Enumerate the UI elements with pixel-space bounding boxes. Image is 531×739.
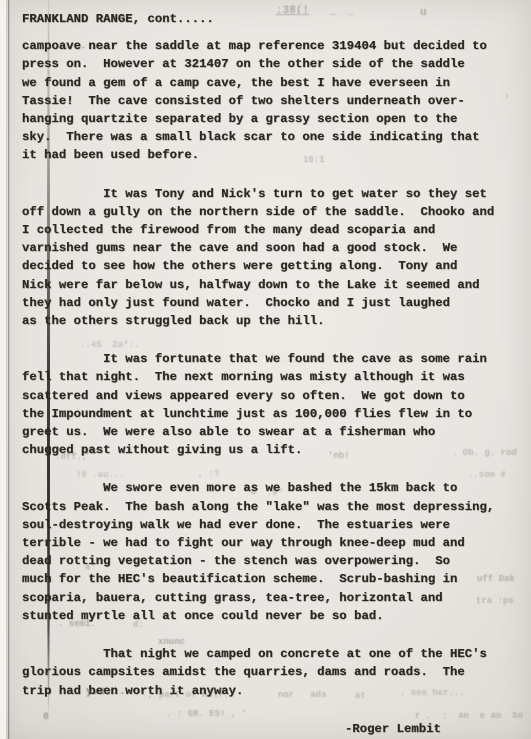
paragraph: campoave near the saddle at map referenc… <box>22 37 514 164</box>
text-line: fell that night. The next morning was mi… <box>22 368 514 386</box>
author-signature: -Roger Lembit <box>345 720 514 738</box>
text-line: decided to see how the others were getti… <box>22 257 514 275</box>
text-line: Nick were far below us, halfway down to … <box>22 276 514 294</box>
page-title: FRANKLAND RANGE, cont..... <box>22 10 514 28</box>
paragraph: It was Tony and Nick's turn to get water… <box>22 185 514 331</box>
text-line: I collected the firewood from the many d… <box>22 221 514 239</box>
text-line: Tassie! The cave consisted of two shelte… <box>22 92 514 110</box>
text-line: scoparia, bauera, cutting grass, tea-tre… <box>22 589 514 607</box>
text-line: trip had been worth it anyway. <box>22 682 514 700</box>
text-line: as the others struggled back up the hill… <box>22 312 514 330</box>
text-line: scattered and views appeared every so of… <box>22 387 514 405</box>
text-line: hanging quartzite separated by a grassy … <box>22 110 514 128</box>
text-line: press on. However at 321407 on the other… <box>22 55 514 73</box>
text-line: sky. There was a small black scar to one… <box>22 128 514 146</box>
document-text: FRANKLAND RANGE, cont..... campoave near… <box>22 10 514 738</box>
paragraph: That night we camped on concrete at one … <box>22 645 514 700</box>
text-line: dead rotting vegetation - the stench was… <box>22 552 514 570</box>
text-line: much for the HEC's beautification scheme… <box>22 570 514 588</box>
text-line: terrible - we had to fight our way throu… <box>22 534 514 552</box>
document-body: campoave near the saddle at map referenc… <box>22 37 514 700</box>
paragraph: It was fortunate that we found the cave … <box>22 350 514 459</box>
scan-edge-line <box>8 0 9 739</box>
page-left-edge <box>0 0 7 739</box>
text-line: campoave near the saddle at map referenc… <box>22 37 514 55</box>
text-line: stunted myrtle all at once could never b… <box>22 607 514 625</box>
text-line: the Impoundment at lunchtime just as 100… <box>22 405 514 423</box>
text-line: It was fortunate that we found the cave … <box>22 350 514 368</box>
text-line: chugged past without giving us a lift. <box>22 441 514 459</box>
text-line: Scotts Peak. The bash along the "lake" w… <box>22 498 514 516</box>
text-line: off down a gully on the northern side of… <box>22 203 514 221</box>
text-line: it had been used before. <box>22 146 514 164</box>
text-line: they had only just found water. Chocko a… <box>22 294 514 312</box>
text-line: greet us. We were also able to swear at … <box>22 423 514 441</box>
text-line: We swore even more as we bashed the 15km… <box>22 479 514 497</box>
scanned-document-page: FRANKLAND RANGE, cont..... campoave near… <box>0 0 531 739</box>
text-line: we found a gem of a camp cave, the best … <box>22 74 514 92</box>
text-line: That night we camped on concrete at one … <box>22 645 514 663</box>
paragraph: We swore even more as we bashed the 15km… <box>22 479 514 625</box>
text-line: soul-destroying walk we had ever done. T… <box>22 516 514 534</box>
text-line: varnished gums near the cave and soon ha… <box>22 239 514 257</box>
text-line: glorious campsites amidst the quarries, … <box>22 663 514 681</box>
text-line: It was Tony and Nick's turn to get water… <box>22 185 514 203</box>
